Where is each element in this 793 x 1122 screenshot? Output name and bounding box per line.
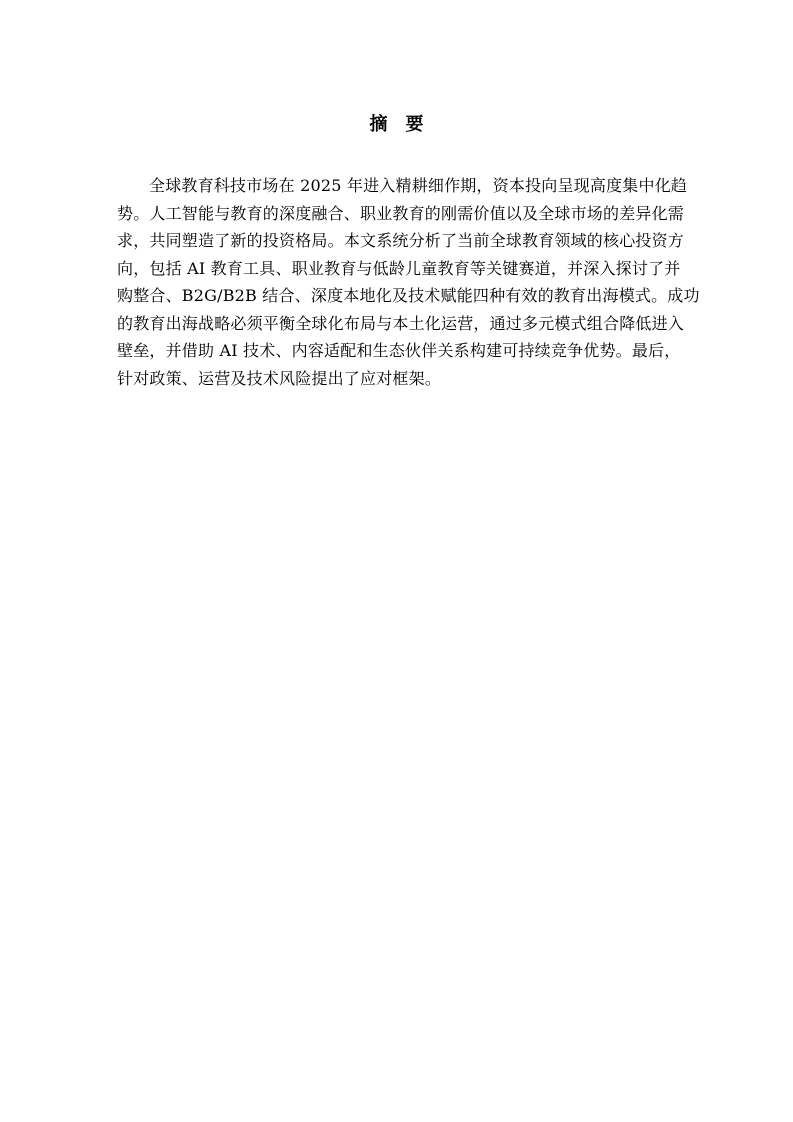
abstract-heading: 摘要 <box>0 112 793 138</box>
abstract-heading-char-1: 摘 <box>370 114 388 135</box>
abstract-line: 壁垒，并借助 AI 技术、内容适配和生态伙伴关系构建可持续竞争优势。最后， <box>117 337 677 365</box>
abstract-line: 势。人工智能与教育的深度融合、职业教育的刚需价值以及全球市场的差异化需 <box>117 200 677 228</box>
abstract-line: 向，包括 AI 教育工具、职业教育与低龄儿童教育等关键赛道，并深入探讨了并 <box>117 255 677 283</box>
abstract-body: 全球教育科技市场在 2025 年进入精耕细作期，资本投向呈现高度集中化趋 势。人… <box>117 172 677 392</box>
abstract-line: 求，共同塑造了新的投资格局。本文系统分析了当前全球教育领域的核心投资方 <box>117 227 677 255</box>
abstract-line: 的教育出海战略必须平衡全球化布局与本土化运营，通过多元模式组合降低进入 <box>117 310 677 338</box>
abstract-line: 全球教育科技市场在 2025 年进入精耕细作期，资本投向呈现高度集中化趋 <box>117 172 677 200</box>
document-page: 摘要 全球教育科技市场在 2025 年进入精耕细作期，资本投向呈现高度集中化趋 … <box>0 0 793 1122</box>
abstract-heading-char-2: 要 <box>406 114 424 135</box>
abstract-line: 针对政策、运营及技术风险提出了应对框架。 <box>117 365 677 393</box>
abstract-line: 购整合、B2G/B2B 结合、深度本地化及技术赋能四种有效的教育出海模式。成功 <box>117 282 677 310</box>
